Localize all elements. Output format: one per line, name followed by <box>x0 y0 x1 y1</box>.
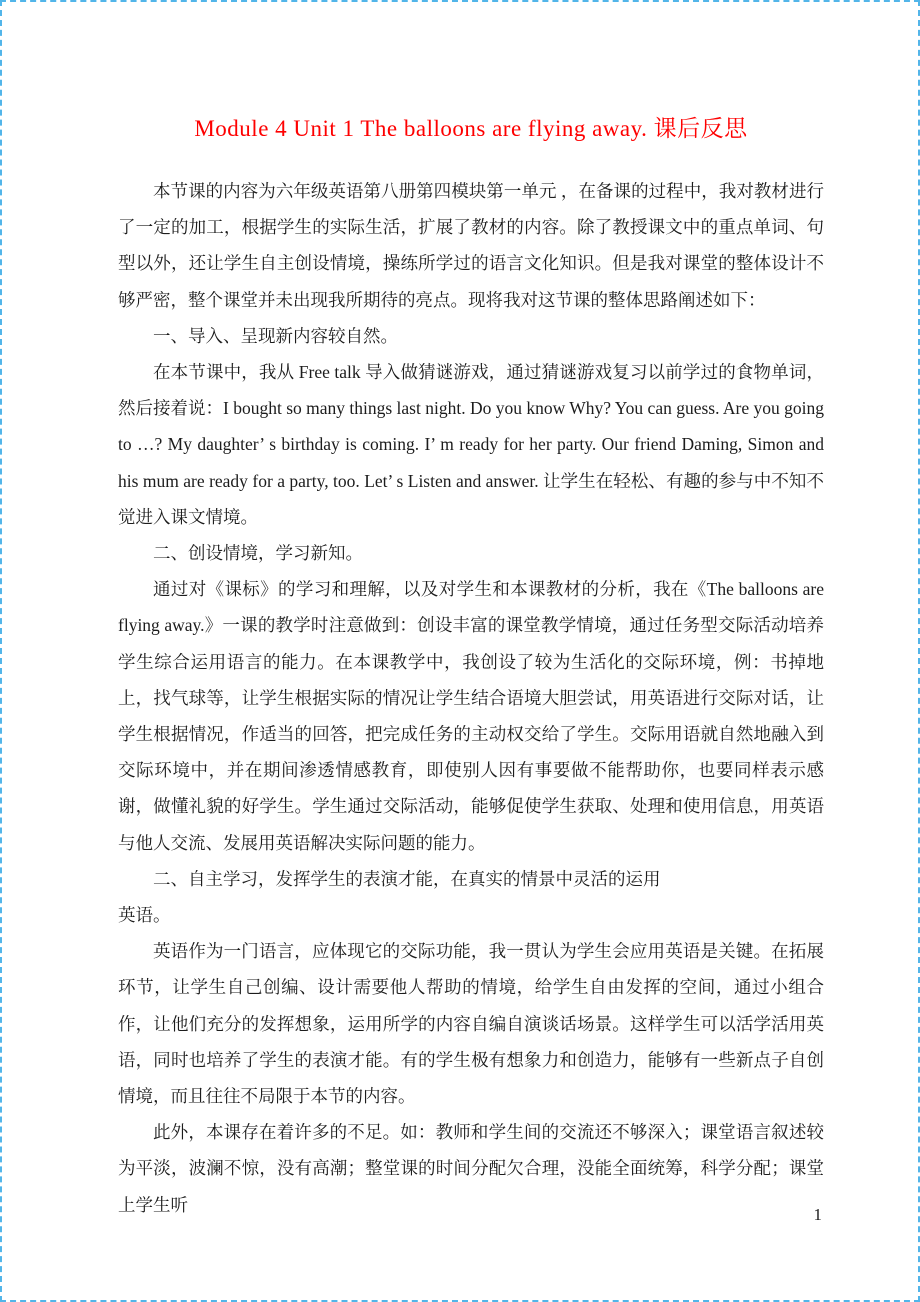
document-page: Module 4 Unit 1 The balloons are flying … <box>0 0 920 1302</box>
paragraph-intro: 本节课的内容为六年级英语第八册第四模块第一单元 ，在备课的过程中，我对教材进行了… <box>118 173 824 318</box>
paragraph-heading-1: 一、导入、呈现新内容较自然。 <box>118 318 824 354</box>
paragraph-heading-3: 二、自主学习，发挥学生的表演才能，在真实的情景中灵活的运用 <box>118 861 824 897</box>
paragraph-heading-2: 二、创设情境，学习新知。 <box>118 535 824 571</box>
document-title: Module 4 Unit 1 The balloons are flying … <box>118 112 824 146</box>
paragraph-heading-3-continuation: 英语。 <box>118 897 824 933</box>
paragraph-situation-teaching: 通过对《课标》的学习和理解，以及对学生和本课教材的分析，我在《The ballo… <box>118 571 824 861</box>
paragraph-language-function: 英语作为一门语言，应体现它的交际功能，我一贯认为学生会应用英语是关键。在拓展环节… <box>118 933 824 1114</box>
paragraph-free-talk: 在本节课中，我从 Free talk 导入做猜谜游戏，通过猜谜游戏复习以前学过的… <box>118 354 824 535</box>
paragraph-shortcomings: 此外，本课存在着许多的不足。如：教师和学生间的交流还不够深入；课堂语言叙述较为平… <box>118 1114 824 1223</box>
document-content: Module 4 Unit 1 The balloons are flying … <box>118 112 824 1223</box>
page-number: 1 <box>772 1204 822 1226</box>
